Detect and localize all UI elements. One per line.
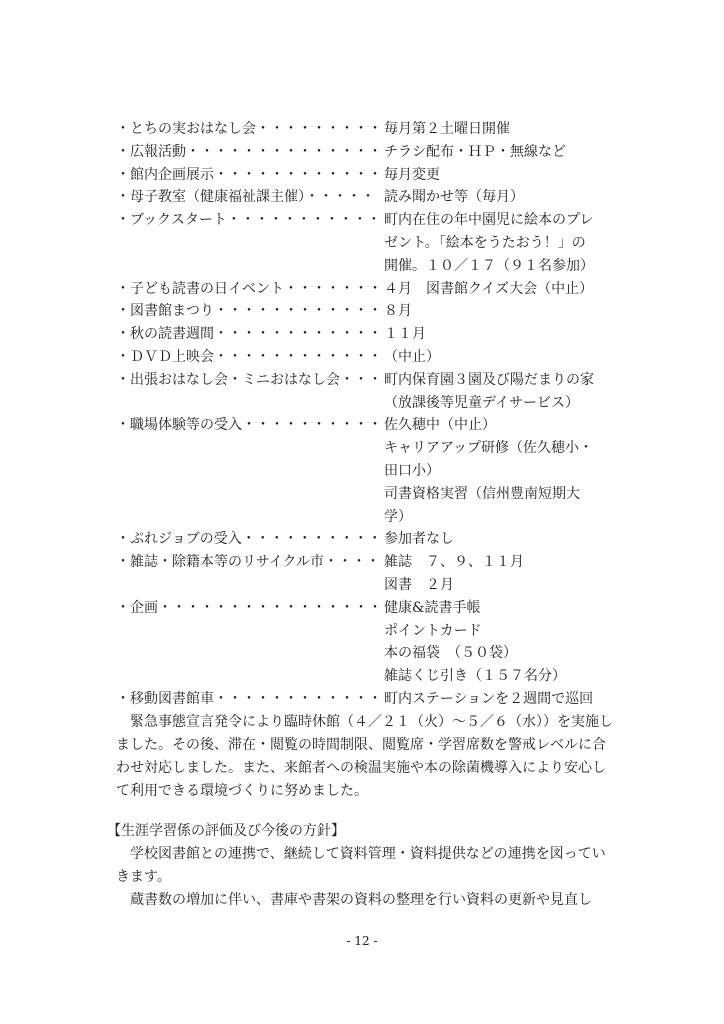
- activity-label: ・雑誌・除籍本等のリサイクル市・・・・: [116, 551, 384, 597]
- activity-value-line: 佐久穂中（中止）: [384, 414, 624, 437]
- activity-label: ・ぷれジョブの受入・・・・・・・・・・: [116, 528, 384, 551]
- activity-value-line: 雑誌くじ引き（１５７名分）: [384, 665, 624, 688]
- activity-value: 雑誌 ７、９、１１月図書 ２月: [384, 551, 624, 597]
- activity-value-line: ポイントカード: [384, 620, 624, 643]
- activity-value-line: （放課後等児童デイサービス）: [384, 392, 624, 415]
- activity-row: ・雑誌・除籍本等のリサイクル市・・・・雑誌 ７、９、１１月図書 ２月: [116, 551, 626, 597]
- activity-value-line: 参加者なし: [384, 528, 624, 551]
- activity-value-line: １１月: [384, 323, 624, 346]
- activity-value-line: 田口小）: [384, 460, 624, 483]
- activity-row: ・子ども読書の日イベント・・・・・・・４月 図書館クイズ大会（中止）: [116, 278, 626, 301]
- activity-value-line: 町内在住の年中園児に絵本のプレ: [384, 209, 624, 232]
- activity-value: ４月 図書館クイズ大会（中止）: [384, 278, 624, 301]
- activity-row: ・秋の読書週間・・・・・・・・・・・・１１月: [116, 323, 626, 346]
- activity-value-line: ４月 図書館クイズ大会（中止）: [384, 278, 624, 301]
- activity-value: 町内ステーションを２週間で巡回: [384, 688, 624, 711]
- page-number: - 12 -: [0, 934, 724, 948]
- activity-value: １１月: [384, 323, 624, 346]
- activity-value-line: ８月: [384, 300, 624, 323]
- activity-row: ・母子教室（健康福祉課主催）・・・・・読み聞かせ等（毎月）: [116, 186, 626, 209]
- activity-row: ・広報活動・・・・・・・・・・・・・・チラシ配布・ＨＰ・無線など: [116, 141, 626, 164]
- activity-row: ・ＤＶＤ上映会・・・・・・・・・・・・（中止）: [116, 346, 626, 369]
- activity-value: ８月: [384, 300, 624, 323]
- activity-value-line: 毎月変更: [384, 164, 624, 187]
- activity-value: 毎月第２土曜日開催: [384, 118, 624, 141]
- activity-value-line: 健康&読書手帳: [384, 597, 624, 620]
- activity-value-line: 毎月第２土曜日開催: [384, 118, 624, 141]
- activity-label: ・ＤＶＤ上映会・・・・・・・・・・・・: [116, 346, 384, 369]
- activity-value: 参加者なし: [384, 528, 624, 551]
- activity-row: ・企画・・・・・・・・・・・・・・・・健康&読書手帳ポイントカード本の福袋 （５…: [116, 597, 626, 688]
- activity-value-line: 読み聞かせ等（毎月）: [384, 186, 624, 209]
- policy-paragraph-1: 学校図書館との連携で、継続して資料管理・資料提供などの連携を図っていきます。: [116, 843, 614, 889]
- activity-label: ・企画・・・・・・・・・・・・・・・・: [116, 597, 384, 688]
- activity-label: ・移動図書館車・・・・・・・・・・・・: [116, 688, 384, 711]
- activity-value: チラシ配布・ＨＰ・無線など: [384, 141, 624, 164]
- activity-value: 毎月変更: [384, 164, 624, 187]
- activity-row: ・ぷれジョブの受入・・・・・・・・・・参加者なし: [116, 528, 626, 551]
- activity-value-line: キャリアアップ研修（佐久穂小・: [384, 437, 624, 460]
- activity-label: ・ブックスタート・・・・・・・・・・・: [116, 209, 384, 277]
- activity-row: ・とちの実おはなし会・・・・・・・・・毎月第２土曜日開催: [116, 118, 626, 141]
- activity-row: ・図書館まつり・・・・・・・・・・・・８月: [116, 300, 626, 323]
- policy-paragraph-2: 蔵書数の増加に伴い、書庫や書架の資料の整理を行い資料の更新や見直し: [116, 889, 614, 912]
- activity-label: ・広報活動・・・・・・・・・・・・・・: [116, 141, 384, 164]
- activity-label: ・出張おはなし会・ミニおはなし会・・・: [116, 369, 384, 415]
- activity-label: ・館内企画展示・・・・・・・・・・・・: [116, 164, 384, 187]
- section-heading: 【生涯学習係の評価及び今後の方針】: [107, 820, 345, 843]
- activity-value-line: 町内保育園３園及び陽だまりの家: [384, 369, 624, 392]
- activity-row: ・移動図書館車・・・・・・・・・・・・町内ステーションを２週間で巡回: [116, 688, 626, 711]
- activity-value: （中止）: [384, 346, 624, 369]
- activity-value-line: 本の福袋 （５０袋）: [384, 642, 624, 665]
- activity-value-line: 図書 ２月: [384, 574, 624, 597]
- activity-value-line: 開催。１０／１７（９１名参加）: [384, 255, 624, 278]
- activity-label: ・秋の読書週間・・・・・・・・・・・・: [116, 323, 384, 346]
- activity-row: ・出張おはなし会・ミニおはなし会・・・町内保育園３園及び陽だまりの家（放課後等児…: [116, 369, 626, 415]
- activity-label: ・とちの実おはなし会・・・・・・・・・: [116, 118, 384, 141]
- activity-label: ・図書館まつり・・・・・・・・・・・・: [116, 300, 384, 323]
- activity-row: ・館内企画展示・・・・・・・・・・・・毎月変更: [116, 164, 626, 187]
- activity-row: ・職場体験等の受入・・・・・・・・・・佐久穂中（中止）キャリアアップ研修（佐久穂…: [116, 414, 626, 528]
- activity-value: 町内保育園３園及び陽だまりの家（放課後等児童デイサービス）: [384, 369, 624, 415]
- activity-value-line: 雑誌 ７、９、１１月: [384, 551, 624, 574]
- activity-row: ・ブックスタート・・・・・・・・・・・町内在住の年中園児に絵本のプレゼント。「絵…: [116, 209, 626, 277]
- activity-list: ・とちの実おはなし会・・・・・・・・・毎月第２土曜日開催・広報活動・・・・・・・…: [116, 118, 626, 711]
- activity-value-line: 学）: [384, 506, 624, 529]
- activity-label: ・子ども読書の日イベント・・・・・・・: [116, 278, 384, 301]
- activity-value: 健康&読書手帳ポイントカード本の福袋 （５０袋）雑誌くじ引き（１５７名分）: [384, 597, 624, 688]
- activity-value-line: ゼント。「絵本をうたおう！」の: [384, 232, 624, 255]
- activity-value-line: 町内ステーションを２週間で巡回: [384, 688, 624, 711]
- activity-value-line: チラシ配布・ＨＰ・無線など: [384, 141, 624, 164]
- activity-label: ・職場体験等の受入・・・・・・・・・・: [116, 414, 384, 528]
- closure-paragraph: 緊急事態宣言発令により臨時休館（４／２１（火）～５／６（水））を実施しました。そ…: [116, 711, 614, 803]
- activity-value-line: 司書資格実習（信州豊南短期大: [384, 483, 624, 506]
- activity-value-line: （中止）: [384, 346, 624, 369]
- activity-label: ・母子教室（健康福祉課主催）・・・・・: [116, 186, 384, 209]
- activity-value: 読み聞かせ等（毎月）: [384, 186, 624, 209]
- activity-value: 佐久穂中（中止）キャリアアップ研修（佐久穂小・田口小）司書資格実習（信州豊南短期…: [384, 414, 624, 528]
- activity-value: 町内在住の年中園児に絵本のプレゼント。「絵本をうたおう！」の開催。１０／１７（９…: [384, 209, 624, 277]
